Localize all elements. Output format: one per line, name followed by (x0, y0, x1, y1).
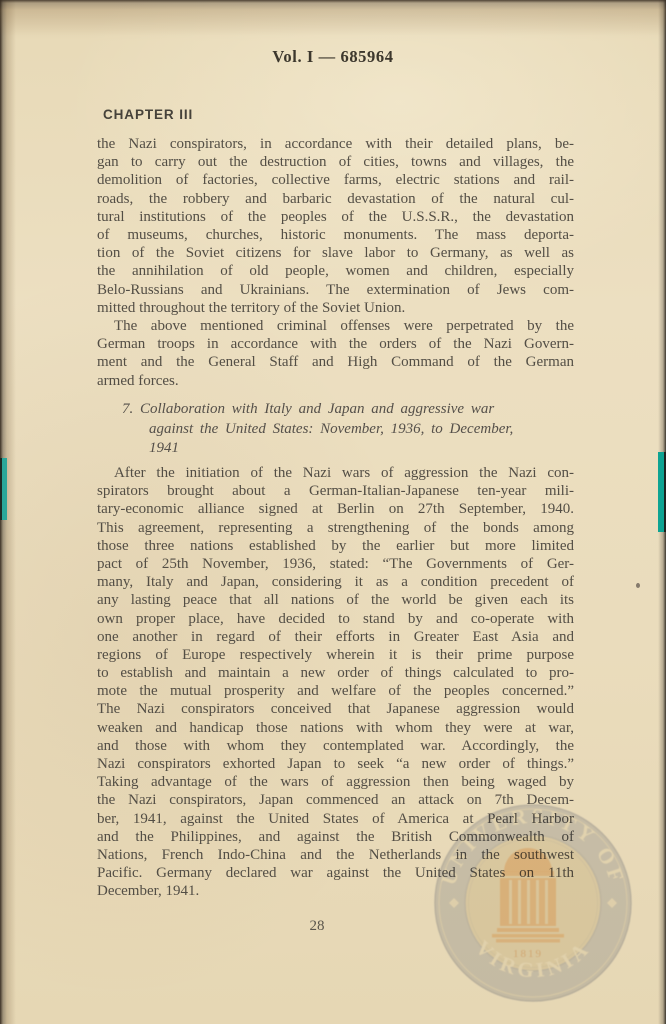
text-line: After the initiation of the Nazi wars of… (97, 464, 574, 482)
university-of-virginia-seal-watermark: UNIVERSITY OF VIRGINIA 1819 (432, 802, 634, 1004)
section-heading: 7. Collaboration with Italy and Japan an… (97, 400, 574, 459)
text-line: to establish and maintain a new order of… (97, 664, 574, 682)
text-line: weaken and handicap those nations with w… (97, 719, 574, 737)
text-line: tary-economic alliance signed at Berlin … (97, 500, 574, 518)
chapter-heading: CHAPTER III (103, 107, 193, 123)
text-line: many, Italy and Japan, considering it as… (97, 573, 574, 591)
text-line: roads, the robbery and barbaric devastat… (97, 190, 574, 208)
paragraph-2: The above mentioned criminal offenses we… (97, 317, 574, 390)
paper-speck (636, 583, 640, 588)
seal-year: 1819 (513, 948, 543, 960)
scanned-book-page: Vol. I — 685964 CHAPTER III the Nazi con… (0, 0, 666, 1024)
text-line: the Nazi conspirators, in accordance wit… (97, 135, 574, 153)
text-line: tural institutions of the peoples of the… (97, 208, 574, 226)
text-line: Taking advantage of the wars of aggressi… (97, 773, 574, 791)
text-line: This agreement, representing a strengthe… (97, 519, 574, 537)
text-line: pact of 25th November, 1936, stated: “Th… (97, 555, 574, 573)
text-line: of museums, churches, historic monuments… (97, 226, 574, 244)
text-line: any lasting peace that all nations of th… (97, 591, 574, 609)
text-line: own proper place, have decided to stand … (97, 610, 574, 628)
text-line: the annihilation of old people, women an… (97, 262, 574, 280)
text-line: mitted throughout the territory of the S… (97, 299, 574, 317)
scanner-edge-mark-right (658, 452, 666, 532)
text-line: armed forces. (97, 372, 574, 390)
scanner-edge-mark-left (0, 458, 7, 520)
text-line: The above mentioned criminal offenses we… (97, 317, 574, 335)
text-line: The Nazi conspirators conceived that Jap… (97, 700, 574, 718)
text-line: and those with whom they contemplated wa… (97, 737, 574, 755)
paragraph-1: the Nazi conspirators, in accordance wit… (97, 135, 574, 317)
text-line: ment and the General Staff and High Comm… (97, 353, 574, 371)
text-line: gan to carry out the destruction of citi… (97, 153, 574, 171)
text-line: Belo-Russians and Ukrainians. The exterm… (97, 281, 574, 299)
text-line: those three nations established by the e… (97, 537, 574, 555)
text-line: mote the mutual prosperity and welfare o… (97, 682, 574, 700)
text-line: 1941 (97, 439, 574, 459)
volume-header: Vol. I — 685964 (0, 47, 666, 67)
text-line: German troops in accordance with the ord… (97, 335, 574, 353)
text-line: 7. Collaboration with Italy and Japan an… (97, 400, 574, 420)
text-line: regions of Europe respectively wherein i… (97, 646, 574, 664)
text-line: one another in regard of their efforts i… (97, 628, 574, 646)
text-line: Nazi conspirators exhorted Japan to seek… (97, 755, 574, 773)
text-line: tion of the Soviet citizens for slave la… (97, 244, 574, 262)
text-line: against the United States: November, 193… (97, 420, 574, 440)
text-line: demolition of factories, collective farm… (97, 171, 574, 189)
text-line: spirators brought about a German-Italian… (97, 482, 574, 500)
